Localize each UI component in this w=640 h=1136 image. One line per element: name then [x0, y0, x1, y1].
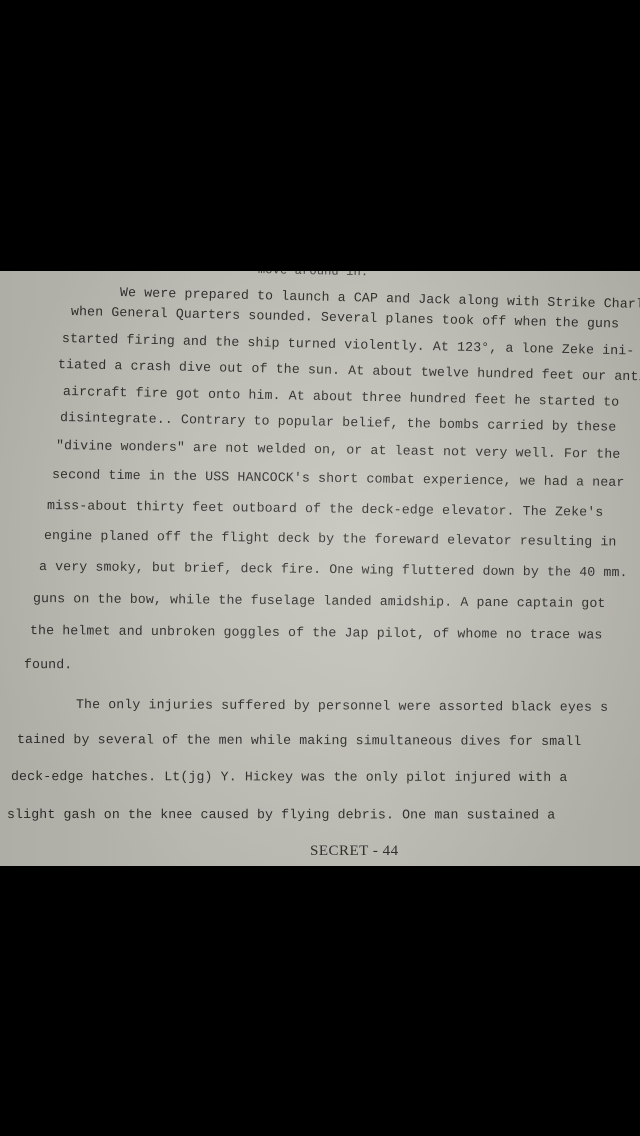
text-line: found.	[24, 657, 72, 672]
text-line: the helmet and unbroken goggles of the J…	[30, 623, 603, 642]
text-line: deck-edge hatches. Lt(jg) Y. Hickey was …	[11, 769, 567, 785]
text-line: "divine wonders" are not welded on, or a…	[56, 438, 621, 462]
text-line: The only injuries suffered by personnel …	[76, 697, 608, 715]
text-line: tiated a crash dive out of the sun. At a…	[58, 357, 640, 384]
page-footer: SECRET - 44	[310, 843, 399, 860]
text-line: engine planed off the flight deck by the…	[44, 528, 617, 549]
text-line: a very smoky, but brief, deck fire. One …	[39, 559, 628, 580]
text-line: guns on the bow, while the fuselage land…	[33, 591, 606, 611]
text-line: tained by several of the men while makin…	[17, 732, 582, 749]
text-line: aircraft fire got onto him. At about thr…	[63, 384, 620, 410]
text-line: started firing and the ship turned viole…	[62, 331, 635, 358]
document-photo: move around in. We were prepared to laun…	[0, 271, 640, 866]
cut-off-line: move around in.	[258, 271, 369, 279]
text-line: miss-about thirty feet outboard of the d…	[47, 498, 604, 520]
text-line: second time in the USS HANCOCK's short c…	[52, 467, 625, 490]
text-line: slight gash on the knee caused by flying…	[7, 807, 555, 822]
text-line: disintegrate.. Contrary to popular belie…	[60, 410, 617, 435]
